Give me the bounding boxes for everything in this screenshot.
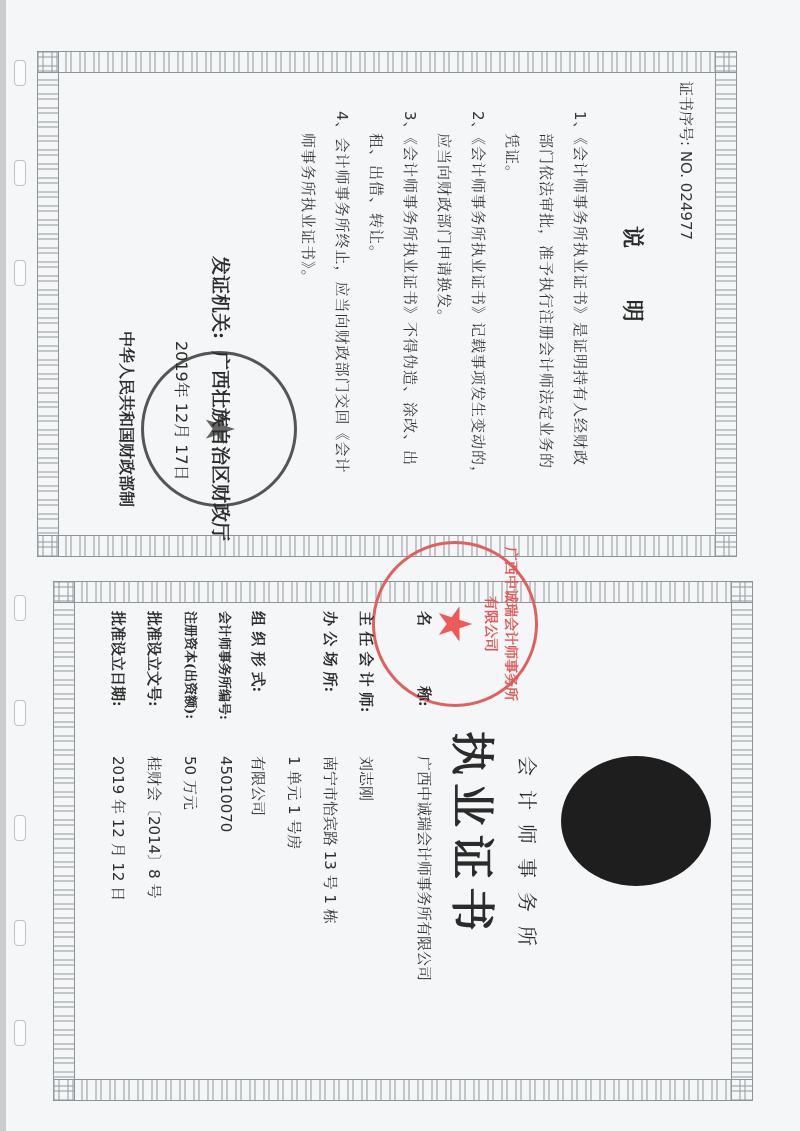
note-line: 3、《会计师事务所执业证书》不得伪造、涂改、出 [393,111,427,466]
fret-border [731,581,753,1101]
field-value-firm-name: 广西中诚瑞会计师事务所有限公司 [414,756,435,981]
field-value-office-address-2: 1 单元 1 号房 [284,756,305,849]
field-label: 办 公 场 所: [320,611,341,692]
explanation-heading: 说 明 [618,226,649,344]
note-line: 4、会计师事务所终止，应当向财政部门交回《会计 [325,111,359,474]
field-value-approval-document: 桂财会〔2014〕8 号 [144,756,165,899]
note-line: 师事务所执业证书》。 [291,133,325,286]
firm-seal: 广西中诚瑞会计师事务所有限公司 ★ [372,541,538,707]
certificate-serial: 证书序号: NO. 024977 [676,81,697,240]
field-value-chief-accountant: 刘志刚 [356,756,377,801]
field-label: 会计师事务所编号: [216,611,235,720]
field-value-approval-date: 2019 年 12 月 12 日 [108,756,129,901]
fret-border [53,1079,753,1101]
note-line: 应当向财政部门申请换发。 [427,133,461,325]
issue-date: 2019年 12月 17日 [171,341,194,481]
field-value-office-address: 南宁市怡宾路 13 号 1 栋 [320,756,341,924]
issuer-label: 发证机关: [208,256,235,339]
fret-border [37,535,737,557]
certificate-subtitle: 会计师事务所 [514,756,543,960]
explanation-page: 证书序号: NO. 024977 说 明 1、《会计师事务所执业证书》是证明持有… [30,44,744,564]
field-label: 名 称: [414,611,435,707]
star-icon: ★ [428,603,482,644]
note-line: 凭证。 [495,133,529,181]
certificate-page: 会计师事务所 执业证书 广西中诚瑞会计师事务所有限公司 ★ 名 称: 广西中诚瑞… [46,574,760,1108]
field-label: 批准设立日期: [108,611,129,707]
field-value-organization-form: 有限公司 [248,756,269,816]
issuer-name: 广西壮族自治区财政厅 [208,351,235,541]
fret-border [53,581,75,1101]
national-emblem [561,756,711,886]
certificate-title: 执业证书 [444,731,508,939]
fret-border [37,51,59,557]
field-label: 注册资本(出资额): [182,611,201,719]
field-value-firm-number: 45010070 [217,756,235,832]
field-value-registered-capital: 50 万元 [180,756,201,810]
issuing-authority: 中华人民共和国财政部制 [116,331,139,507]
field-label: 批准设立文号: [144,611,165,707]
note-line: 租、出借、转让。 [359,133,393,261]
fret-border [715,51,737,557]
document-stage: 证书序号: NO. 024977 说 明 1、《会计师事务所执业证书》是证明持有… [0,0,800,1131]
fret-border [37,51,737,73]
note-line: 2、《会计师事务所执业证书》记载事项发生变动的， [461,111,495,482]
field-label: 主 任 会 计 师: [356,611,377,712]
field-label: 组 织 形 式: [248,611,269,692]
note-line: 部门依法审批，准予执行注册会计师法定业务的 [529,133,563,469]
note-line: 1、《会计师事务所执业证书》是证明持有人经财政 [563,111,597,466]
